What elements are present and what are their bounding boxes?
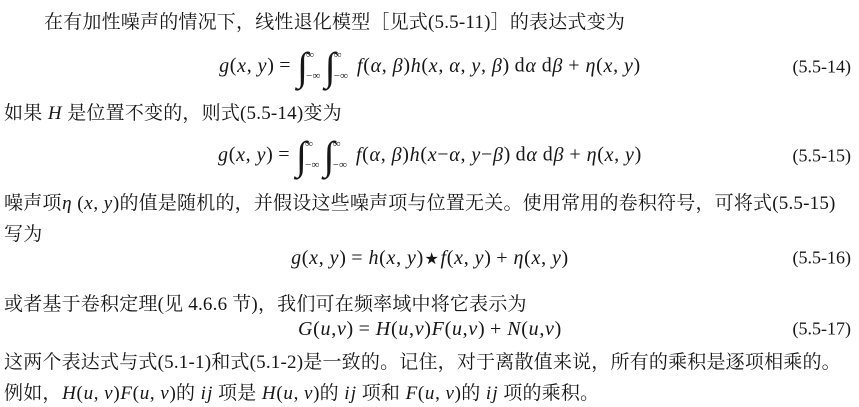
integral-limits: ∞−∞ bbox=[333, 136, 347, 176]
integral-lower-limit: −∞ bbox=[333, 160, 347, 171]
integral-lower-limit: −∞ bbox=[334, 71, 348, 82]
paragraph-intro: 在有加性噪声的情况下，线性退化模型［见式(5.5-11)］的表达式变为 bbox=[0, 7, 859, 38]
equation-body: G(u,v) = H(u,v)F(u,v) + N(u,v) bbox=[298, 318, 562, 341]
equation-5-5-16: g(x, y) = h(x, y)★f(x, y) + η(x, y) (5.5… bbox=[0, 241, 859, 275]
integral-upper-limit: ∞ bbox=[305, 139, 319, 150]
equation-number: (5.5-15) bbox=[793, 146, 851, 167]
equation-number: (5.5-14) bbox=[793, 57, 851, 78]
integral-lower-limit: −∞ bbox=[306, 71, 320, 82]
equation-number: (5.5-16) bbox=[793, 248, 851, 269]
equation-5-5-15: g(x, y) = ∫∞−∞∫∞−∞ f(α, β)h(x−α, y−β) dα… bbox=[0, 129, 859, 183]
equation-5-5-17: G(u,v) = H(u,v)F(u,v) + N(u,v) (5.5-17) bbox=[0, 312, 859, 346]
integral-sign: ∫∞−∞ bbox=[297, 47, 323, 87]
paragraph-discrete-products: 这两个表达式与式(5.1-1)和式(5.1-2)是一致的。记住，对于离散值来说，… bbox=[0, 347, 859, 407]
equation-5-5-14: g(x, y) = ∫∞−∞∫∞−∞ f(α, β)h(x, α, y, β) … bbox=[0, 40, 859, 94]
integral-sign: ∫∞−∞ bbox=[325, 47, 351, 87]
equation-body: g(x, y) = ∫∞−∞∫∞−∞ f(α, β)h(x−α, y−β) dα… bbox=[218, 136, 642, 176]
integral-limits: ∞−∞ bbox=[306, 47, 320, 87]
integral-lower-limit: −∞ bbox=[305, 160, 319, 171]
paragraph-line: 噪声项η (x, y)的值是随机的，并假设这些噪声项与位置无关。使用常用的卷积符… bbox=[4, 188, 851, 219]
integral-sign: ∫∞−∞ bbox=[296, 136, 322, 176]
paragraph-line: 这两个表达式与式(5.1-1)和式(5.1-2)是一致的。记住，对于离散值来说，… bbox=[4, 347, 851, 378]
paragraph-line: 例如，H(u, v)F(u, v)的 ij 项是 H(u, v)的 ij 项和 … bbox=[4, 378, 851, 407]
document-page: 在有加性噪声的情况下，线性退化模型［见式(5.5-11)］的表达式变为 g(x,… bbox=[0, 0, 859, 407]
paragraph-position-invariant: 如果 H 是位置不变的，则式(5.5-14)变为 bbox=[0, 98, 859, 129]
integral-sign: ∫∞−∞ bbox=[324, 136, 350, 176]
equation-number: (5.5-17) bbox=[793, 319, 851, 340]
integral-limits: ∞−∞ bbox=[334, 47, 348, 87]
equation-body: g(x, y) = h(x, y)★f(x, y) + η(x, y) bbox=[291, 247, 569, 270]
integral-upper-limit: ∞ bbox=[333, 139, 347, 150]
integral-upper-limit: ∞ bbox=[334, 50, 348, 61]
integral-upper-limit: ∞ bbox=[306, 50, 320, 61]
integral-limits: ∞−∞ bbox=[305, 136, 319, 176]
equation-body: g(x, y) = ∫∞−∞∫∞−∞ f(α, β)h(x, α, y, β) … bbox=[219, 47, 641, 87]
convolution-star-operator: ★ bbox=[423, 249, 440, 268]
